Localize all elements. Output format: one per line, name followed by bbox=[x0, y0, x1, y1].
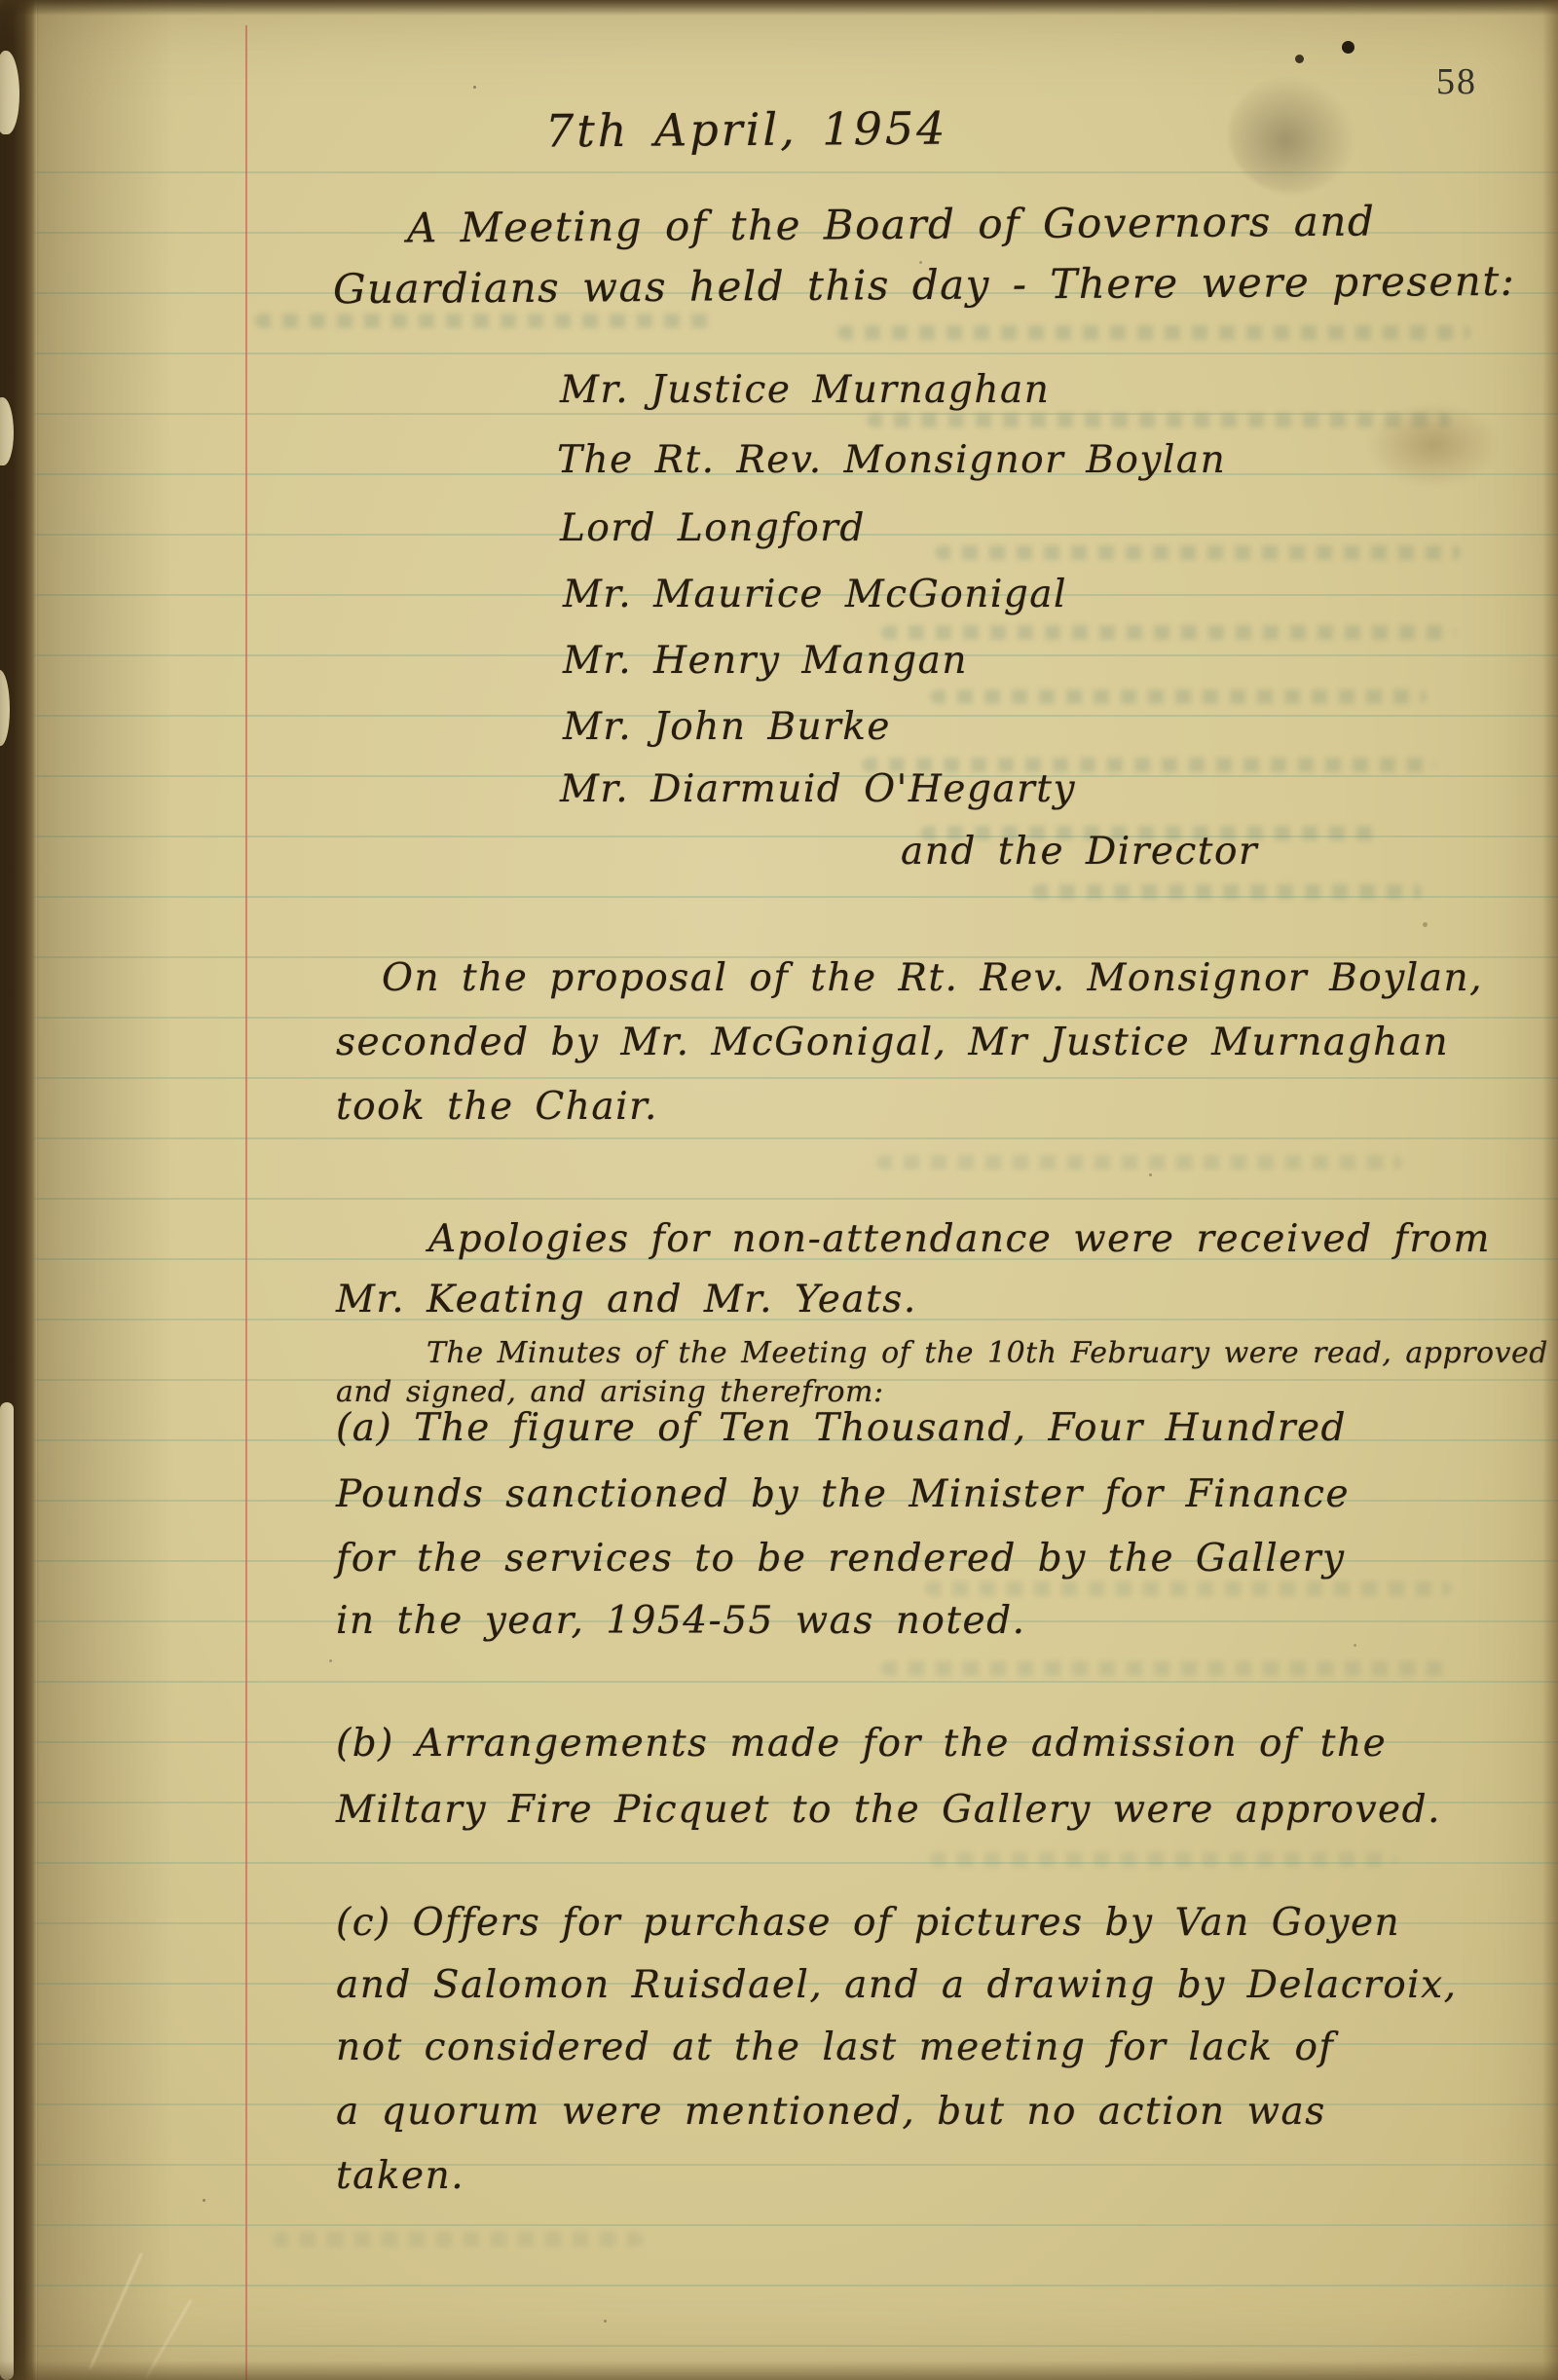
bleedthrough-mark bbox=[930, 1852, 1397, 1867]
intro-line: A Meeting of the Board of Governors and bbox=[407, 198, 1376, 252]
bleedthrough-mark bbox=[273, 2232, 643, 2247]
minute-line: On the proposal of the Rt. Rev. Monsigno… bbox=[382, 956, 1483, 1000]
bleedthrough-mark bbox=[255, 314, 713, 328]
bleedthrough-mark bbox=[930, 689, 1427, 704]
ink-dot bbox=[1342, 41, 1354, 54]
attendee-name: Mr. Justice Murnaghan bbox=[560, 368, 1050, 412]
ink-dot bbox=[1295, 55, 1304, 63]
minute-line: taken. bbox=[336, 2154, 464, 2198]
red-margin-line bbox=[245, 25, 247, 2380]
minute-line: Mr. Keating and Mr. Yeats. bbox=[336, 1278, 917, 1321]
attendee-name: Mr. Maurice McGonigal bbox=[563, 573, 1067, 616]
bleedthrough-mark bbox=[837, 325, 1470, 340]
attendee-name: Mr. Henry Mangan bbox=[563, 639, 968, 683]
torn-paper-strip bbox=[0, 1402, 14, 2380]
minute-line: (a) The figure of Ten Thousand, Four Hun… bbox=[336, 1406, 1347, 1450]
page-edge-shadow bbox=[1542, 0, 1558, 2380]
minute-line: and signed, and arising therefrom: bbox=[336, 1375, 884, 1409]
date-heading: 7th April, 1954 bbox=[545, 102, 948, 158]
bleedthrough-mark bbox=[935, 545, 1461, 560]
bleedthrough-mark bbox=[881, 1661, 1446, 1676]
page-number: 58 bbox=[1436, 60, 1477, 103]
minute-line: a quorum were mentioned, but no action w… bbox=[336, 2090, 1326, 2134]
attendee-name: The Rt. Rev. Monsignor Boylan bbox=[557, 438, 1226, 482]
minute-line: (c) Offers for purchase of pictures by V… bbox=[336, 1901, 1400, 1945]
minute-line: in the year, 1954-55 was noted. bbox=[336, 1599, 1025, 1643]
minute-line: Apologies for non-attendance were receiv… bbox=[428, 1217, 1491, 1261]
minute-line: The Minutes of the Meeting of the 10th F… bbox=[427, 1336, 1548, 1370]
gutter-shadow bbox=[37, 0, 173, 2380]
bleedthrough-mark bbox=[867, 413, 1451, 428]
brown-stain bbox=[1365, 401, 1502, 489]
minute-line: Miltary Fire Picquet to the Gallery were… bbox=[336, 1788, 1441, 1832]
attendee-name: Lord Longford bbox=[560, 506, 866, 550]
page-edge-shadow bbox=[0, 2361, 1558, 2380]
ink-smudge bbox=[1229, 76, 1355, 193]
attendees-closing: and the Director bbox=[901, 830, 1258, 874]
minute-line: and Salomon Ruisdael, and a drawing by D… bbox=[336, 1963, 1458, 2007]
minute-line: not considered at the last meeting for l… bbox=[336, 2026, 1334, 2069]
bleedthrough-mark bbox=[925, 1581, 1451, 1596]
minute-book-page: 58 7th April, 1954 A Meeting of the Boar… bbox=[0, 0, 1558, 2380]
bleedthrough-mark bbox=[876, 1155, 1402, 1170]
bleedthrough-mark bbox=[881, 625, 1456, 640]
minute-line: Pounds sanctioned by the Minister for Fi… bbox=[336, 1472, 1350, 1516]
minute-line: (b) Arrangements made for the admission … bbox=[336, 1722, 1387, 1766]
minute-line: seconded by Mr. McGonigal, Mr Justice Mu… bbox=[336, 1021, 1449, 1064]
attendee-name: Mr. Diarmuid O'Hegarty bbox=[560, 767, 1076, 811]
minute-line: took the Chair. bbox=[336, 1085, 658, 1129]
page-edge-shadow bbox=[0, 0, 1558, 16]
minute-line: for the services to be rendered by the G… bbox=[336, 1537, 1346, 1580]
attendee-name: Mr. John Burke bbox=[563, 705, 891, 749]
bleedthrough-mark bbox=[1032, 884, 1422, 899]
intro-line: Guardians was held this day - There were… bbox=[333, 257, 1516, 313]
